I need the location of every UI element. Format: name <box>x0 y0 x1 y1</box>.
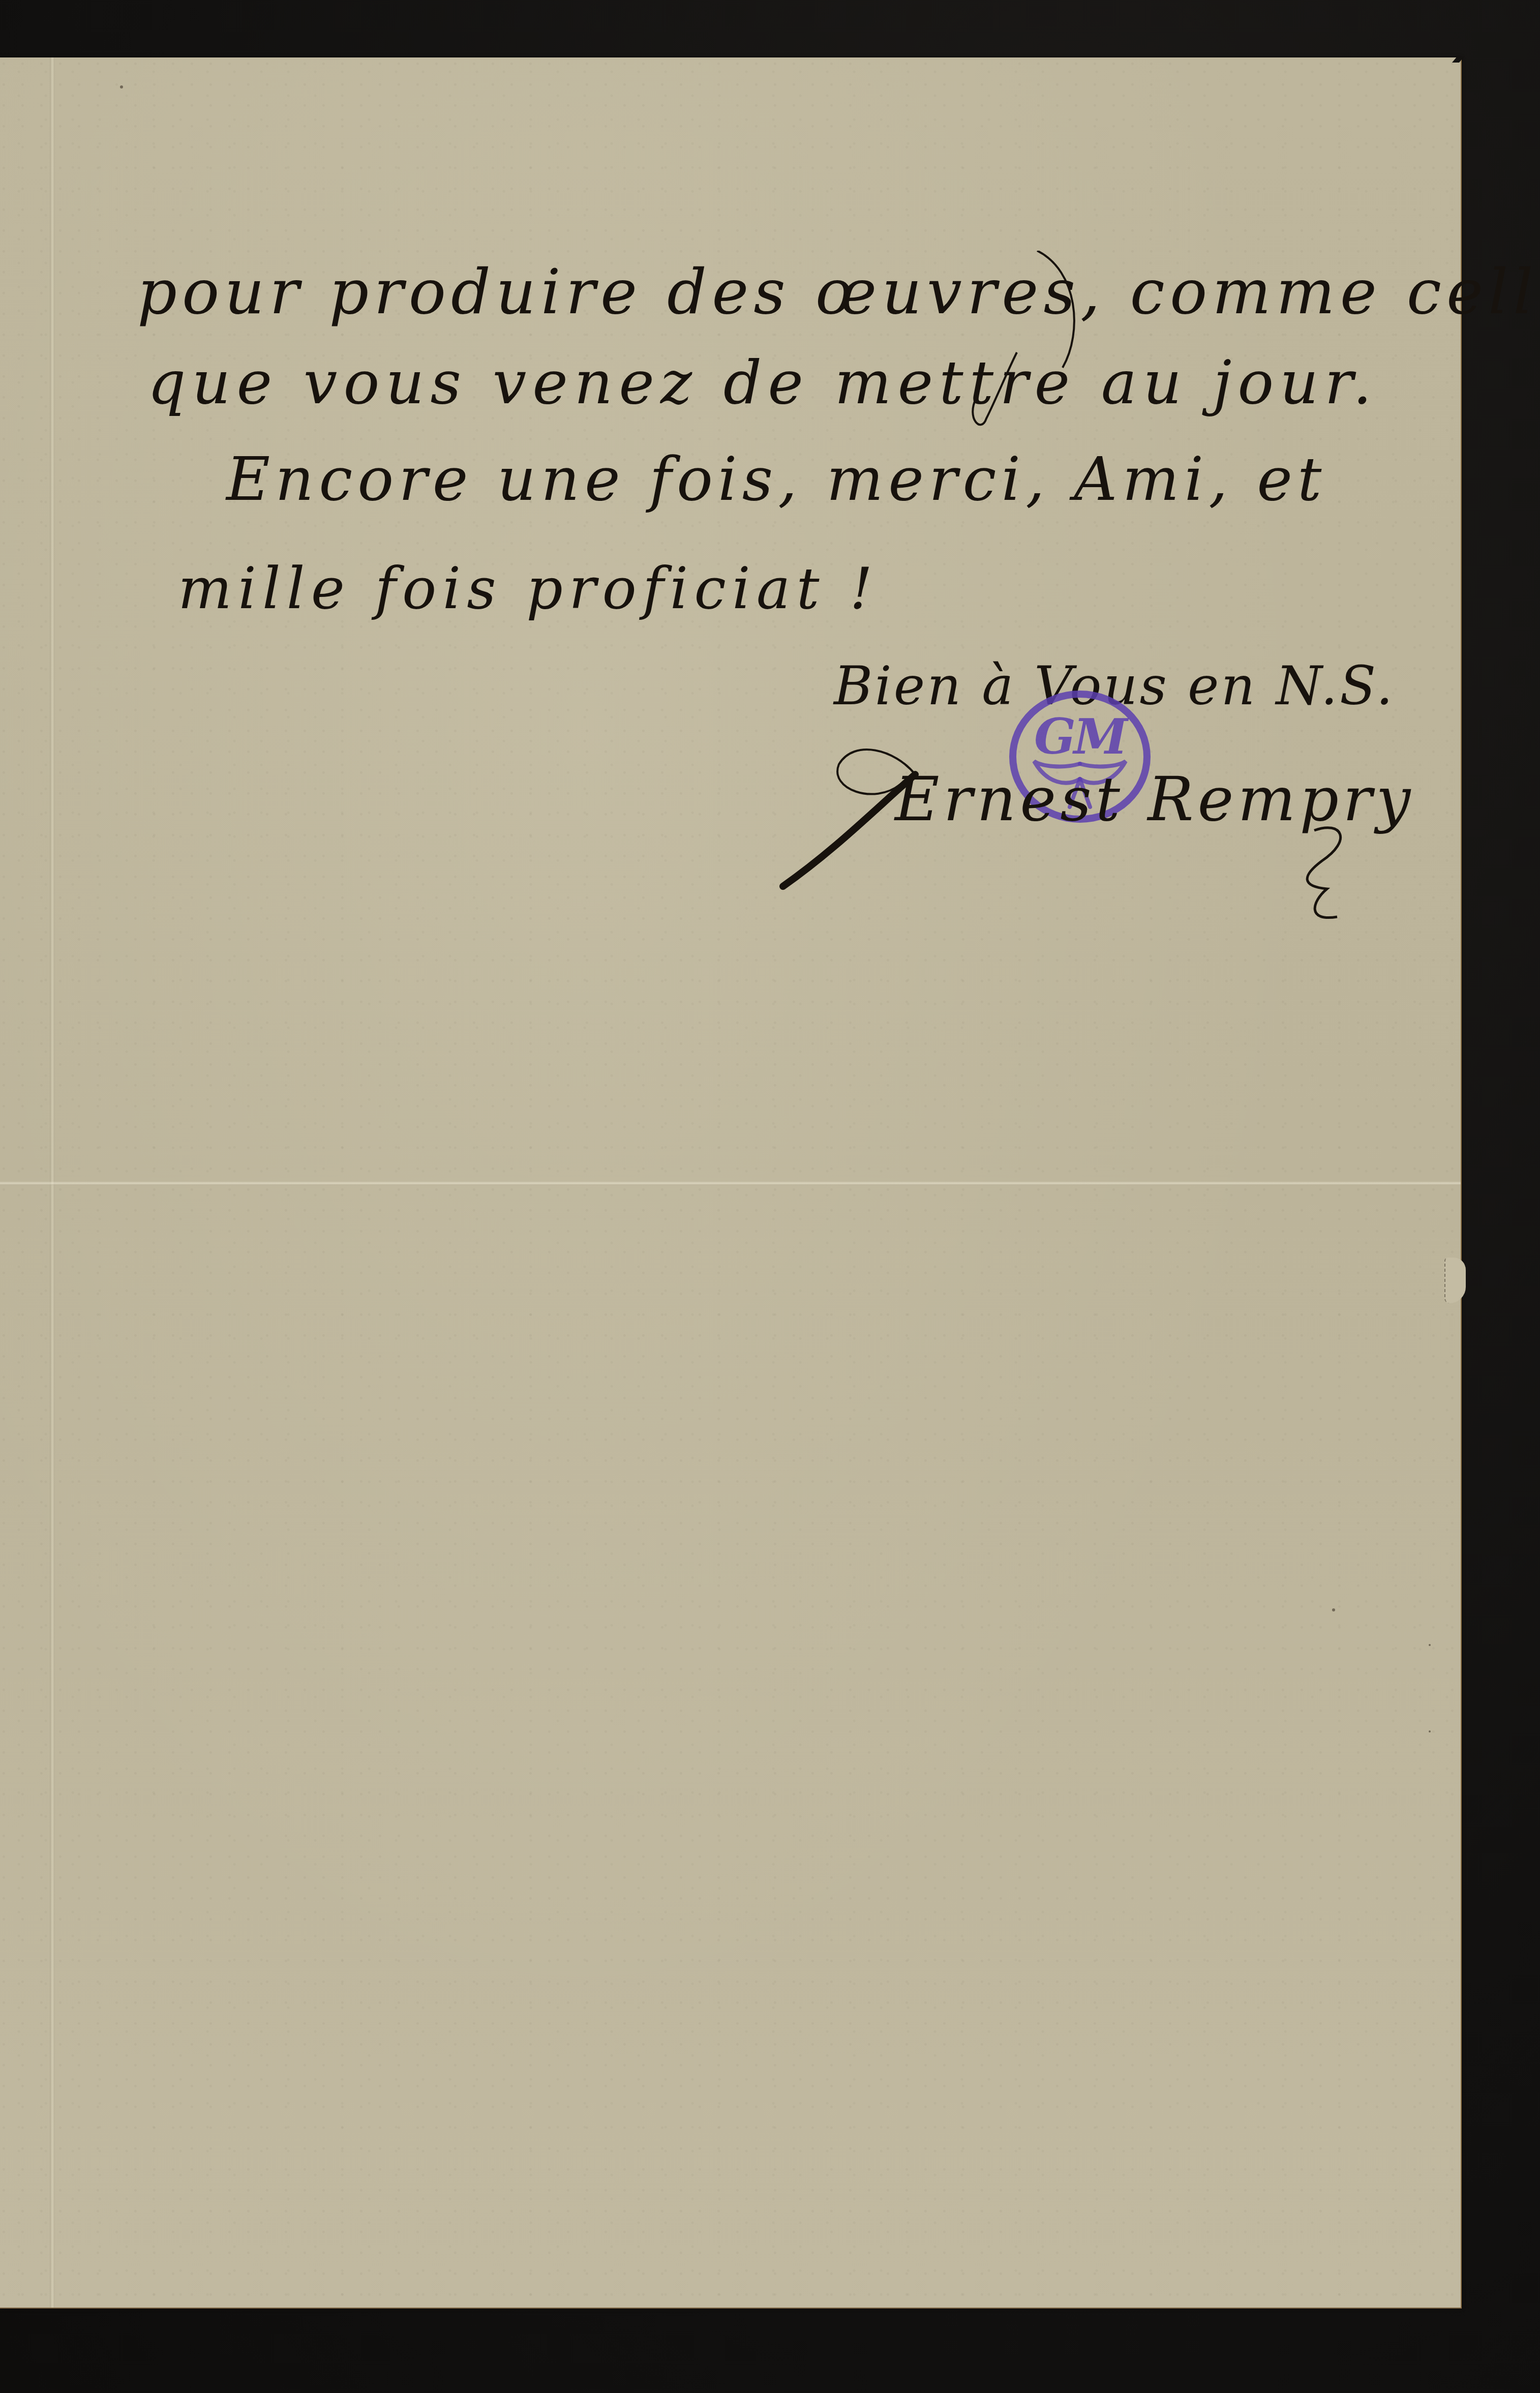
letter-page: pour produire des œuvres, comme celle qu… <box>0 57 1462 2309</box>
ink-speck <box>1429 1730 1431 1732</box>
ink-speck <box>120 85 123 88</box>
ink-speck <box>1332 1608 1335 1611</box>
paper-edge-tear <box>1444 1258 1466 1303</box>
horizontal-fold-crease <box>0 1181 1461 1185</box>
descender-flourish <box>910 251 1093 464</box>
letter-line-4: mille fois proficiat ! <box>178 556 879 622</box>
letter-line-3: Encore une fois, merci, Ami, et <box>226 444 1326 514</box>
ink-speck <box>1429 1644 1431 1646</box>
letter-line-2: que vous venez de mettre au jour. <box>147 347 1378 417</box>
signature-flourish <box>773 708 1434 942</box>
letter-line-1: pour produire des œuvres, comme celle <box>137 256 1540 328</box>
